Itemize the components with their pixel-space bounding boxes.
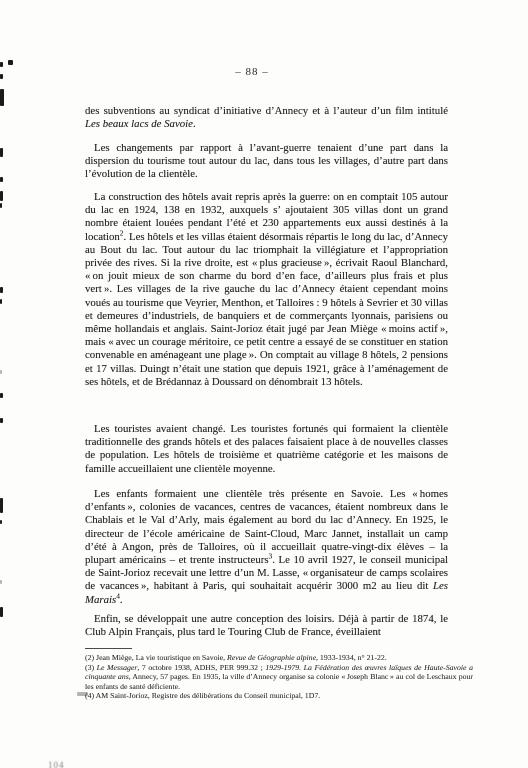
footnotes-block: (2) Jean Miège, La vie touristique en Sa… <box>85 653 473 701</box>
paragraph-enfants: Les enfants formaient une clientèle très… <box>85 488 448 607</box>
scan-artifact <box>0 393 3 398</box>
scan-artifact <box>0 191 3 201</box>
scan-artifact <box>8 60 13 65</box>
scan-artifact <box>0 520 2 524</box>
scan-artifact <box>0 177 3 182</box>
scan-artifact <box>0 498 3 513</box>
paragraph-changements: Les changements par rapport à l’avant-gu… <box>85 142 448 182</box>
scan-artifact <box>0 203 2 208</box>
scan-artifact <box>0 580 2 584</box>
scan-artifact <box>0 287 3 293</box>
scan-artifact <box>0 148 3 157</box>
body-text: des subventions au syndicat d’initiative… <box>85 105 448 645</box>
paragraph-subventions: des subventions au syndicat d’initiative… <box>85 105 448 131</box>
scan-artifact <box>0 89 4 106</box>
scan-artifact <box>0 607 3 617</box>
paragraph-touristes: Les touristes avaient changé. Les touris… <box>85 423 448 476</box>
scan-artifact <box>0 418 3 423</box>
paragraph-construction-hotels: La construction des hôtels avait repris … <box>85 191 448 389</box>
page-number-header: – 88 – <box>0 66 504 78</box>
footnote-separator-rule <box>85 648 132 649</box>
document-page: – 88 – des subventions au syndicat d’ini… <box>0 0 528 768</box>
paragraph-loisirs: Enfin, se développait une autre concepti… <box>85 613 448 639</box>
footnote-3: (3) Le Messager, 7 octobre 1938, ADHS, P… <box>85 663 473 692</box>
footnote-4: (4) AM Saint-Jorioz, Registre des délibé… <box>85 691 473 701</box>
scan-artifact <box>0 370 2 374</box>
scan-artifact <box>0 299 2 304</box>
footnote-2: (2) Jean Miège, La vie touristique en Sa… <box>85 653 473 663</box>
cut-off-page-number: 104 <box>48 760 65 768</box>
